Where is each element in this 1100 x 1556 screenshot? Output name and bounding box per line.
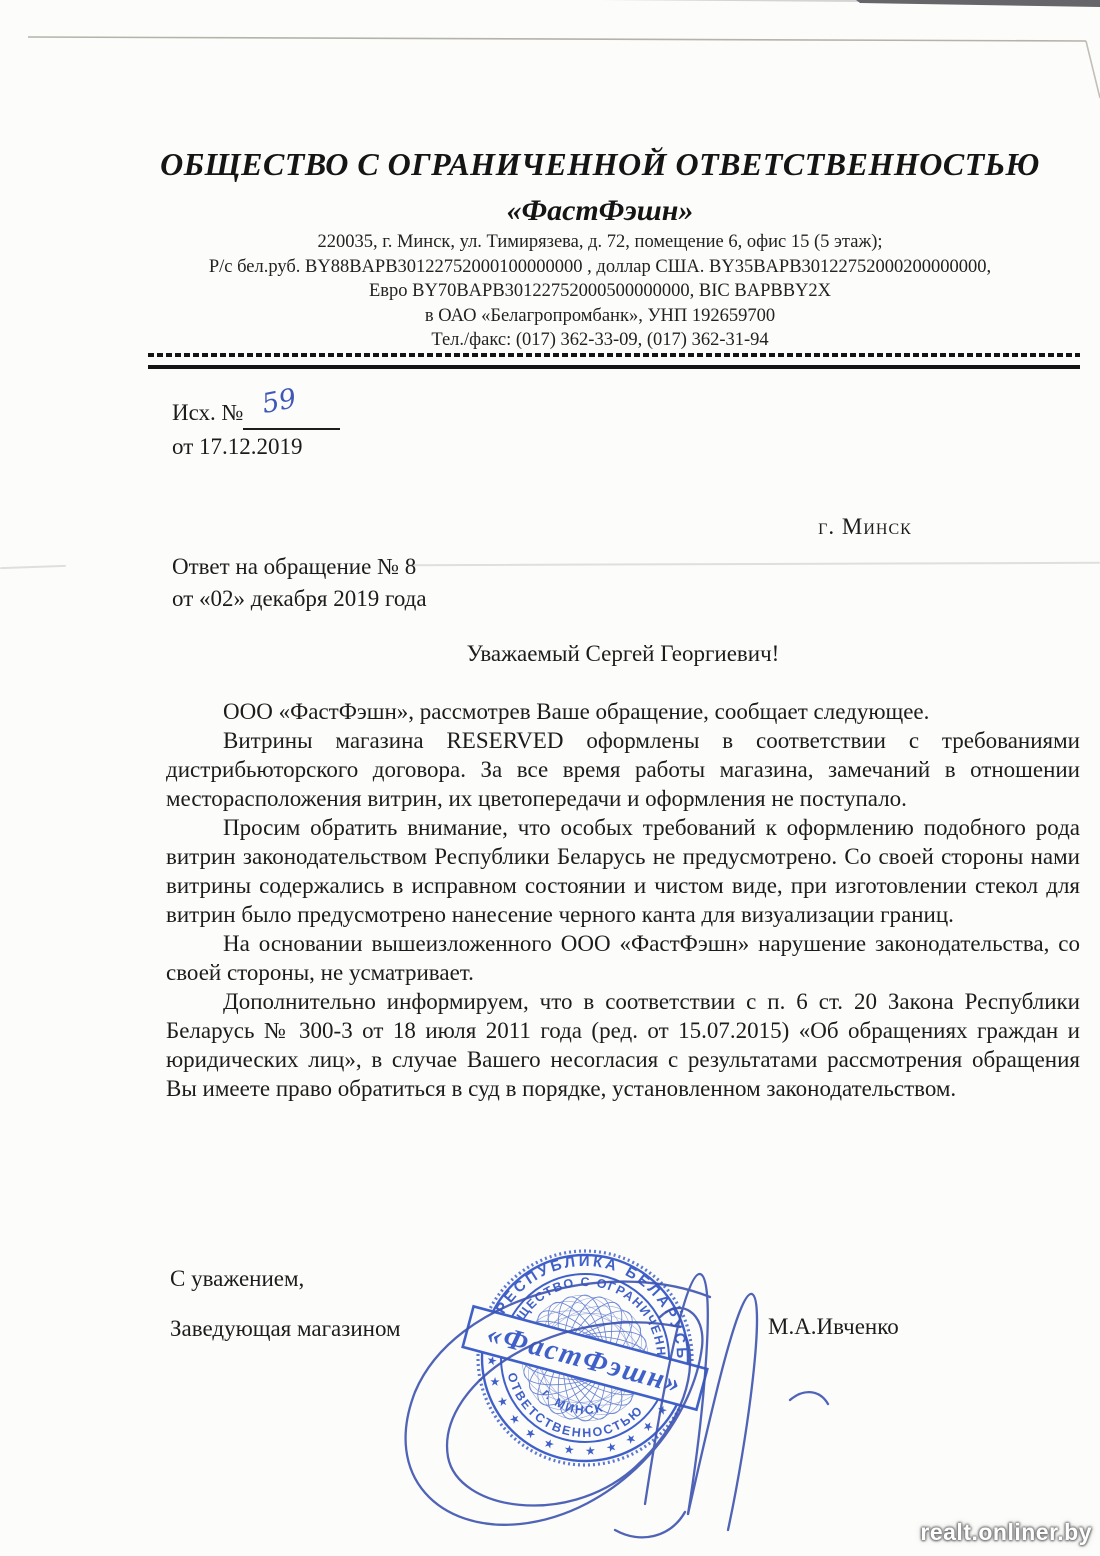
letter-body: ООО «ФастФэшн», рассмотрев Ваше обращени… xyxy=(166,697,1080,1103)
photo-watermark: realt.onliner.by xyxy=(920,1519,1092,1546)
divider-dashed xyxy=(148,353,1080,357)
scan-edge-artifacts xyxy=(0,0,1100,110)
bank-line: в ОАО «Белагропромбанк», УНП 192659700 xyxy=(125,304,1075,329)
letter-paragraph: Витрины магазина RESERVED оформлены в со… xyxy=(166,726,1080,813)
paper-top-edge xyxy=(28,37,1086,41)
closing-regards-line: С уважением, xyxy=(170,1266,304,1292)
paper-corner-edge xyxy=(1086,41,1100,98)
accounts-line-2: Евро BY70BAPB30122752000500000000, BIC B… xyxy=(125,279,1075,304)
scan-dark-corner xyxy=(856,0,1100,7)
phone-fax-line: Тел./факс: (017) 362-33-09, (017) 362-31… xyxy=(125,328,1075,353)
outgoing-ref-underline xyxy=(243,428,340,430)
letterhead-details: 220035, г. Минск, ул. Тимирязева, д. 72,… xyxy=(125,230,1075,353)
address-line: 220035, г. Минск, ул. Тимирязева, д. 72,… xyxy=(125,230,1075,255)
letter-paragraph: На основании вышеизложенного ООО «ФастФэ… xyxy=(166,929,1080,987)
handwritten-signature xyxy=(360,1242,840,1552)
reply-reference-line-1: Ответ на обращение № 8 xyxy=(172,554,416,580)
letter-paragraph: Дополнительно информируем, что в соответ… xyxy=(166,987,1080,1103)
company-type-line: ОБЩЕСТВО С ОГРАНИЧЕННОЙ ОТВЕТСТВЕННОСТЬЮ xyxy=(125,146,1075,183)
divider-solid xyxy=(148,365,1080,369)
outgoing-date-line: от 17.12.2019 xyxy=(172,434,303,460)
scanned-letter-page: ОБЩЕСТВО С ОГРАНИЧЕННОЙ ОТВЕТСТВЕННОСТЬЮ… xyxy=(0,0,1100,1556)
fold-smudge-right xyxy=(408,562,1100,566)
reply-reference-line-2: от «02» декабря 2019 года xyxy=(172,586,427,612)
company-name-line: «ФастФэшн» xyxy=(125,194,1075,228)
outgoing-ref-label: Исх. № xyxy=(172,400,243,426)
fold-smudge-left xyxy=(0,565,66,569)
letter-paragraph: Просим обратить внимание, что особых тре… xyxy=(166,813,1080,929)
letter-paragraph: ООО «ФастФэшн», рассмотрев Ваше обращени… xyxy=(166,697,1080,726)
outgoing-ref-number-handwritten: 59 xyxy=(259,383,299,420)
city-line: г. Минск xyxy=(740,514,990,540)
salutation-line: Уважаемый Сергей Георгиевич! xyxy=(166,641,1080,667)
accounts-line-1: Р/с бел.руб. BY88BAPB3012275200010000000… xyxy=(125,255,1075,280)
